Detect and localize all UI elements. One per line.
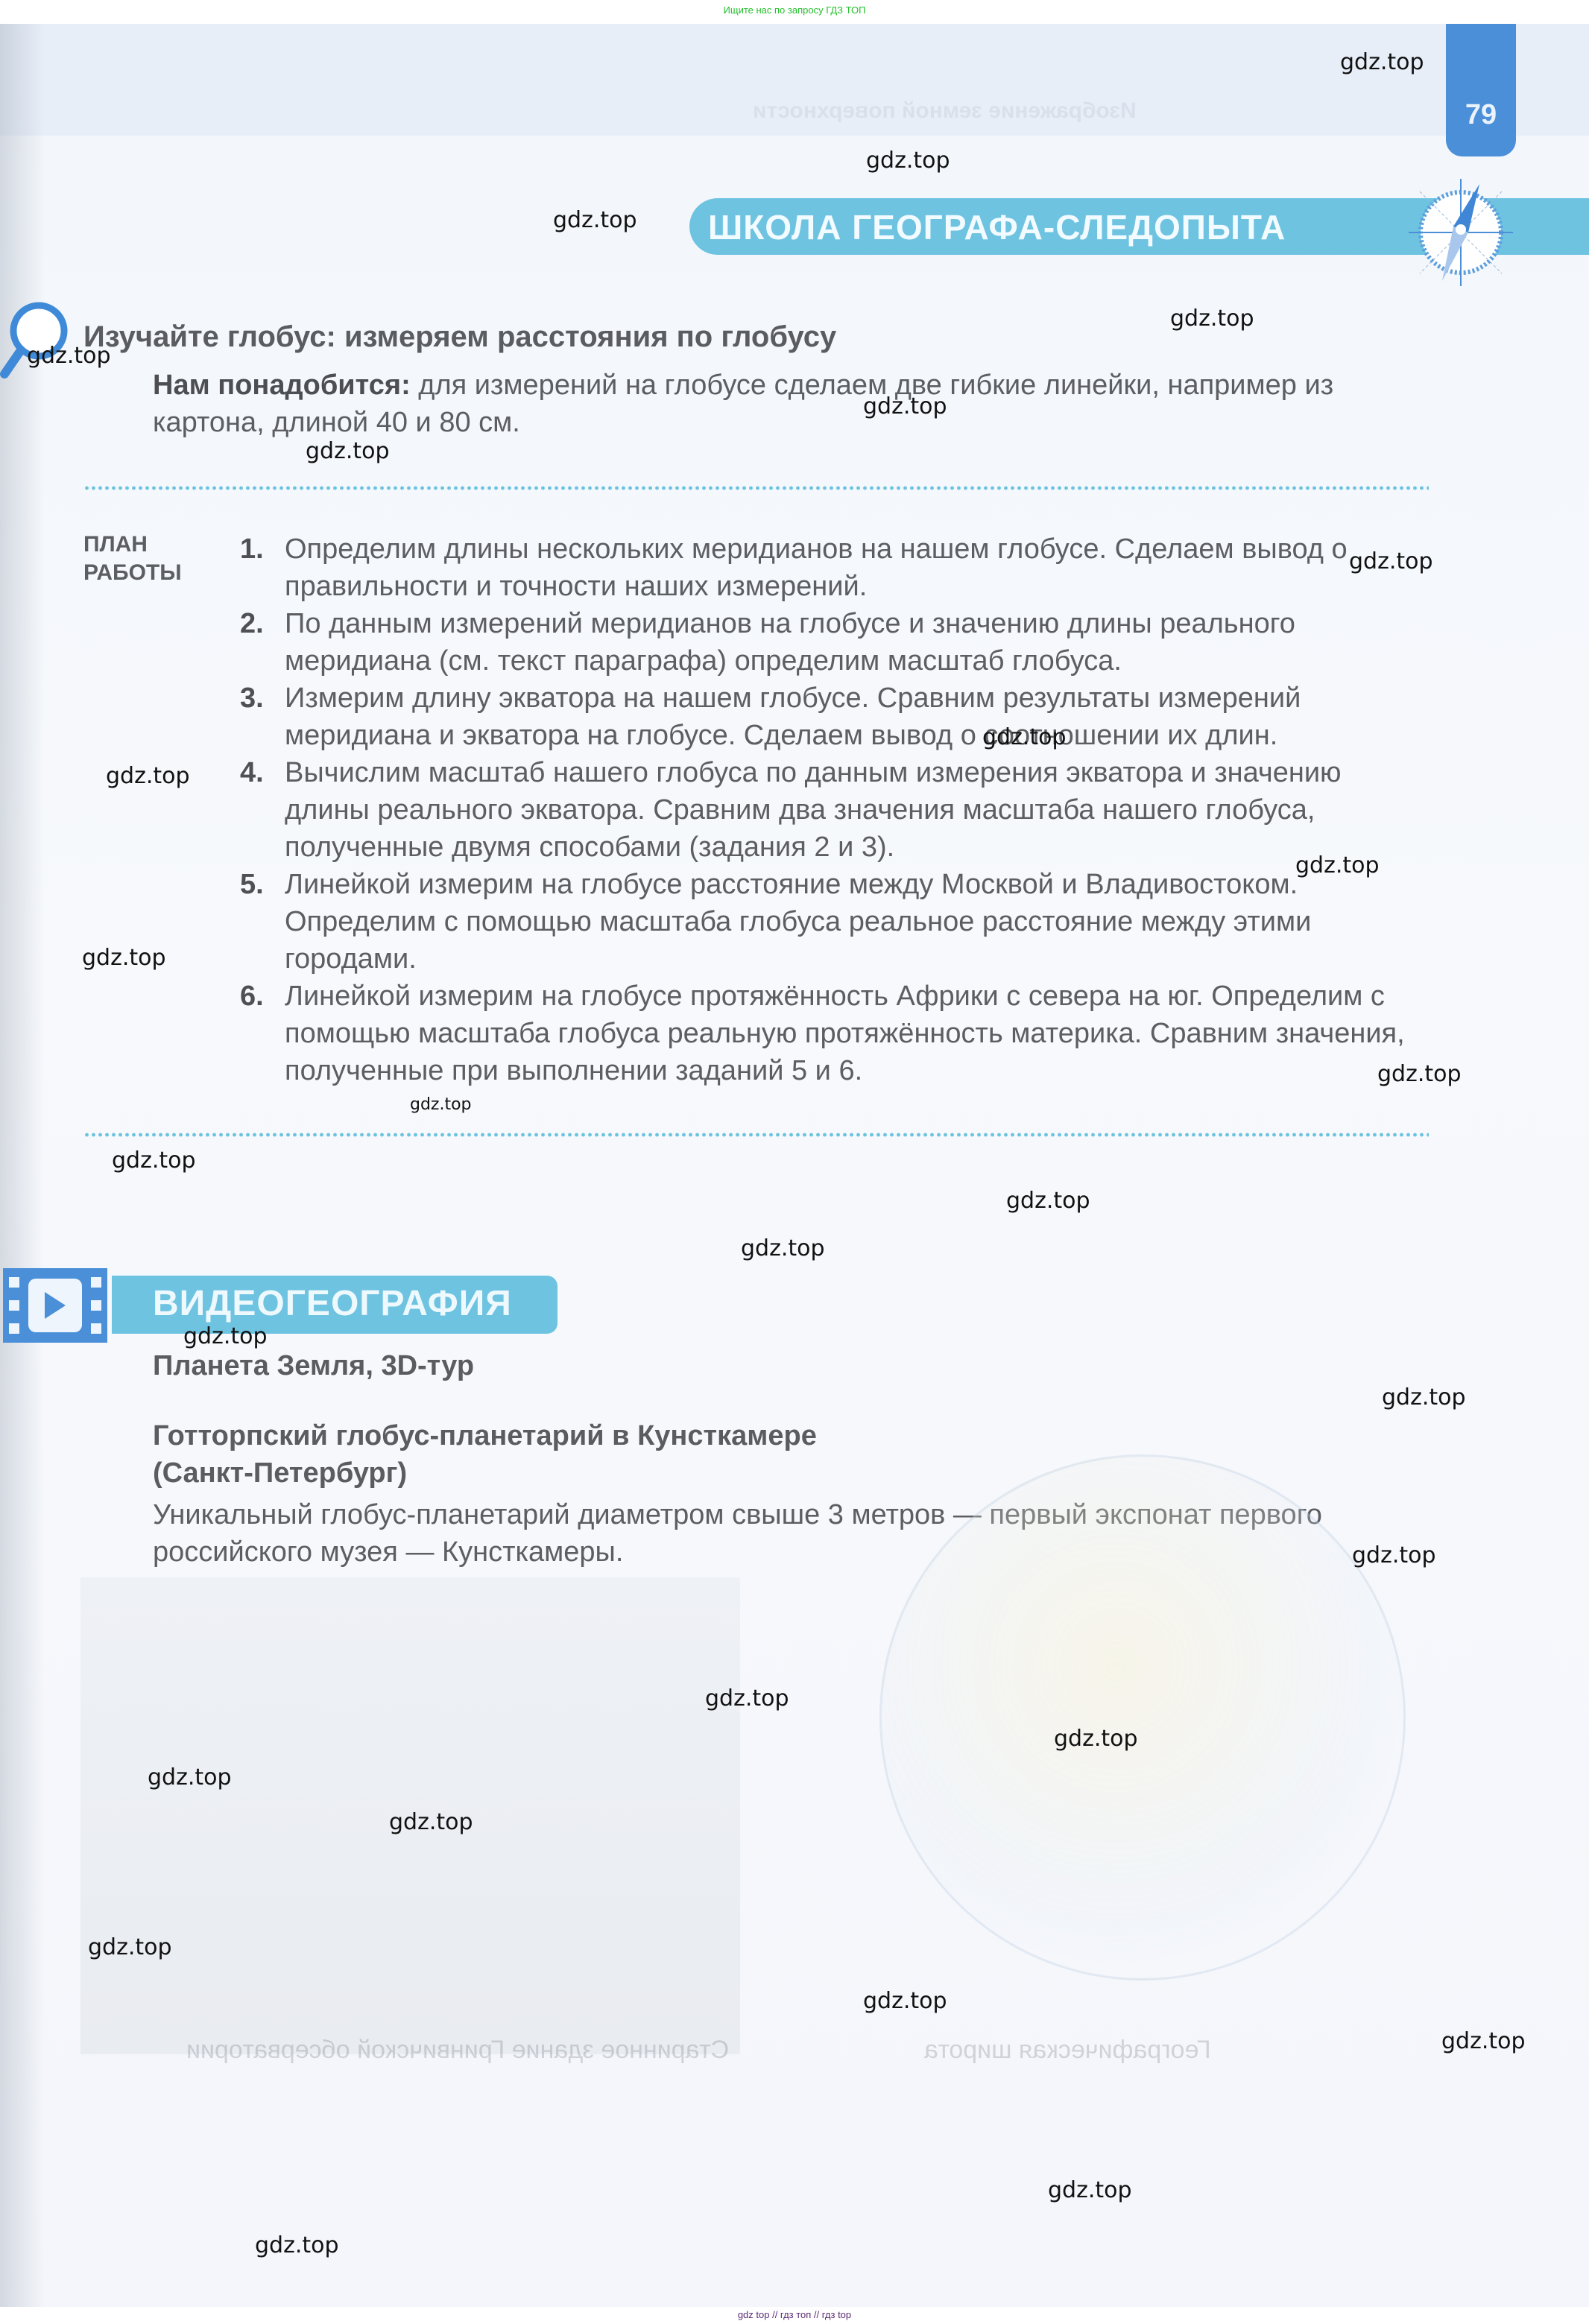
task-title: Изучайте глобус: измеряем расстояния по …: [83, 320, 836, 354]
video-play-icon: [3, 1268, 107, 1343]
plan-item: 6. Линейкой измерим на глобусе протяжённ…: [240, 978, 1429, 1089]
watermark: gdz.top: [863, 393, 947, 419]
watermark: gdz.top: [1352, 1542, 1436, 1568]
plan-item: 2. По данным измерений меридианов на гло…: [240, 605, 1429, 680]
plan-item: 5. Линейкой измерим на глобусе расстояни…: [240, 866, 1429, 978]
watermark: gdz.top: [106, 763, 190, 789]
watermark: gdz.top: [1054, 1726, 1138, 1752]
page-number: 79: [1465, 99, 1497, 131]
plan-label: ПЛАН РАБОТЫ: [83, 531, 182, 587]
bottom-watermark-bar: gdz top // гдз топ // гдз top: [0, 2307, 1589, 2324]
watermark: gdz.top: [1048, 2177, 1132, 2203]
plan-label-line2: РАБОТЫ: [83, 559, 182, 587]
watermark: gdz.top: [866, 148, 950, 174]
watermark: gdz.top: [112, 1147, 196, 1174]
materials-needed: Нам понадобится: для измерений на глобус…: [153, 367, 1427, 441]
watermark: gdz.top: [1377, 1061, 1462, 1087]
plan-item-number: 2.: [240, 605, 264, 642]
plan-item-text: Вычислим масштаб нашего глобуса по данны…: [285, 757, 1342, 863]
watermark: gdz.top: [255, 2232, 339, 2258]
watermark: gdz.top: [741, 1235, 825, 1261]
video-section-title: ВИДЕОГЕОГРАФИЯ: [153, 1283, 512, 1324]
watermark: gdz.top: [1382, 1384, 1466, 1410]
plan-item: 4. Вычислим масштаб нашего глобуса по да…: [240, 754, 1429, 866]
watermark: gdz.top: [863, 1988, 947, 2014]
plan-item-number: 1.: [240, 531, 264, 568]
materials-label: Нам понадобится:: [153, 370, 411, 401]
watermark: gdz.top: [27, 343, 111, 369]
watermark: gdz.top: [1006, 1188, 1090, 1214]
faint-caption-left: Старинное здание Гринвичской обсерватори…: [186, 2036, 729, 2065]
watermark: gdz.top: [183, 1323, 268, 1349]
watermark: gdz.top: [1170, 305, 1254, 332]
dotted-divider-top: [83, 486, 1429, 490]
plan-item-number: 3.: [240, 680, 264, 717]
video-item-title[interactable]: Планета Земля, 3D-тур: [153, 1347, 474, 1384]
plan-item: 3. Измерим длину экватора на нашем глобу…: [240, 680, 1429, 754]
faint-caption-right: Географическая широта: [924, 2036, 1211, 2065]
plan-item-text: По данным измерений меридианов на глобус…: [285, 608, 1295, 677]
watermark: gdz.top: [1340, 49, 1424, 75]
watermark: gdz.top: [88, 1934, 172, 1960]
plan-label-line1: ПЛАН: [83, 531, 182, 559]
plan-item-text: Линейкой измерим на глобусе протяжённост…: [285, 981, 1405, 1086]
compass-icon: [1401, 173, 1520, 292]
video-item-title-line2: (Санкт-Петербург): [153, 1454, 817, 1492]
textbook-page: Изображение земной поверхности 79 ШКОЛА …: [0, 24, 1589, 2307]
video-item-title[interactable]: Готторпский глобус-планетарий в Кунсткам…: [153, 1417, 817, 1492]
watermark: gdz.top: [705, 1685, 789, 1712]
plan-list: 1. Определим длины нескольких меридианов…: [240, 531, 1429, 1089]
plan-item-text: Определим длины нескольких меридианов на…: [285, 533, 1348, 602]
plan-item-text: Линейкой измерим на глобусе расстояние м…: [285, 869, 1311, 975]
watermark: gdz.top: [982, 724, 1067, 750]
watermark: gdz.top: [1295, 852, 1380, 878]
dotted-divider-bottom: [83, 1133, 1429, 1137]
mirrored-running-title: Изображение земной поверхности: [753, 98, 1137, 124]
watermark: gdz.top: [82, 945, 166, 971]
watermark: gdz.top: [1349, 548, 1433, 574]
video-item-title-line1: Готторпский глобус-планетарий в Кунсткам…: [153, 1417, 817, 1454]
faint-globe-bleedthrough: [879, 1454, 1406, 1981]
watermark: gdz.top: [148, 1764, 232, 1791]
plan-item-number: 5.: [240, 866, 264, 903]
plan-item-text: Измерим длину экватора на нашем глобусе.…: [285, 683, 1301, 751]
plan-item-number: 4.: [240, 754, 264, 791]
top-promo-banner: Ищите нас по запросу ГДЗ ТОП: [0, 0, 1589, 24]
watermark: gdz.top: [389, 1809, 473, 1835]
plan-item: 1. Определим длины нескольких меридианов…: [240, 531, 1429, 605]
watermark: gdz.top: [1441, 2028, 1526, 2054]
watermark: gdz.top: [553, 207, 637, 233]
plan-item-number: 6.: [240, 978, 264, 1015]
watermark: gdz.top: [306, 438, 390, 464]
watermark: gdz.top: [410, 1095, 472, 1114]
page-number-tab: 79: [1446, 24, 1516, 156]
magnifier-icon: [0, 300, 75, 381]
school-section-title: ШКОЛА ГЕОГРАФА-СЛЕДОПЫТА: [708, 207, 1286, 247]
